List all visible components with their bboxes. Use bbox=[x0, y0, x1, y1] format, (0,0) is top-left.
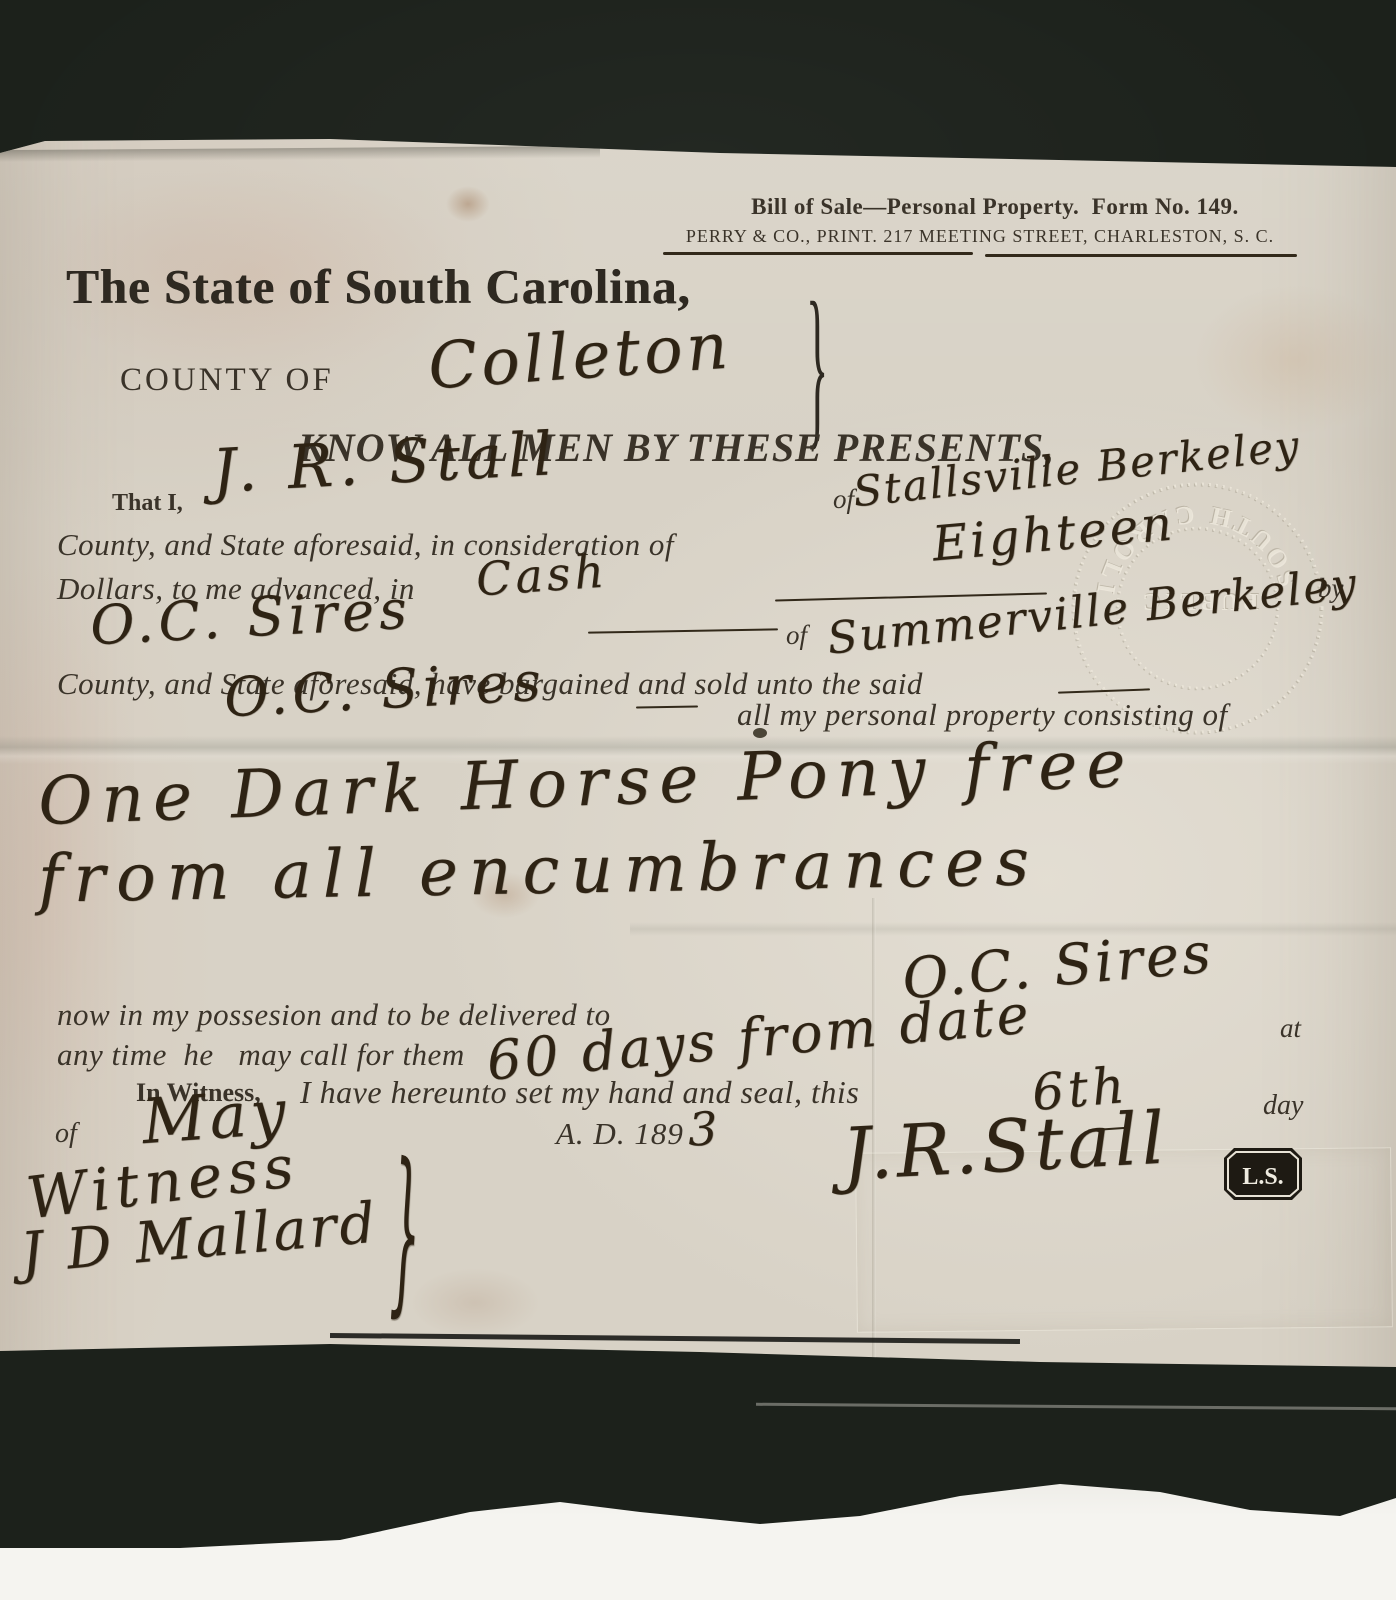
header-rule bbox=[985, 254, 1297, 257]
of-label-3: of bbox=[55, 1118, 77, 1150]
at-label: at bbox=[1280, 1013, 1301, 1044]
fold-shadow-top-edge bbox=[0, 146, 600, 162]
form-header-line2: PERRY & CO., PRINT. 217 MEETING STREET, … bbox=[660, 226, 1300, 247]
property-line: all my personal property consisting of bbox=[737, 697, 1228, 733]
stain bbox=[410, 1268, 540, 1338]
ls-seal-graphic: L.S. bbox=[1222, 1146, 1304, 1202]
day-label: day bbox=[1263, 1090, 1303, 1122]
ink-dash bbox=[636, 705, 698, 708]
header-rule bbox=[663, 252, 973, 255]
signature-handwritten: J.R.Stall bbox=[840, 1096, 1170, 1197]
year-digit-handwritten: 3 bbox=[687, 1102, 718, 1157]
call-line: any time he may call for them bbox=[57, 1037, 465, 1073]
form-header-line1: Bill of Sale—Personal Property. Form No.… bbox=[690, 194, 1300, 220]
of-label-1: of bbox=[833, 484, 854, 515]
scanner-bed-white bbox=[0, 1460, 1396, 1600]
stain bbox=[1195, 285, 1395, 435]
grantee-name-handwritten-2: O.C. Sires bbox=[223, 650, 548, 730]
payment-method-handwritten: Cash bbox=[474, 543, 609, 606]
scan-band-line bbox=[756, 1403, 1396, 1410]
grantor-name-handwritten: J. R. Stall bbox=[210, 419, 559, 507]
witness-brace-handwritten: } bbox=[389, 1122, 421, 1338]
witness-clause-line: I have hereunto set my hand and seal, th… bbox=[300, 1074, 859, 1111]
ls-seal-text: L.S. bbox=[1242, 1164, 1283, 1190]
paper-sheet: SOUTH CAROLINA SOUTH CAROLINA PUBLIC PUB… bbox=[0, 0, 1396, 1600]
property-description-handwritten-2: from all encumbrances bbox=[37, 823, 1040, 917]
fold-crease-horizontal bbox=[630, 922, 1396, 936]
document-title: The State of South Carolina, bbox=[66, 258, 691, 315]
ls-seal-badge: L.S. bbox=[1222, 1146, 1304, 1202]
county-handwritten: Colleton bbox=[426, 309, 734, 404]
county-label: COUNTY OF bbox=[120, 362, 334, 399]
ink-dash bbox=[588, 628, 778, 633]
stain bbox=[446, 186, 490, 222]
scanned-bill-of-sale: SOUTH CAROLINA SOUTH CAROLINA PUBLIC PUB… bbox=[0, 0, 1396, 1600]
ink-blot bbox=[753, 728, 767, 738]
of-label-2: of bbox=[786, 620, 807, 651]
year-prefix: A. D. 189 bbox=[556, 1116, 684, 1152]
that-i-label: That I, bbox=[112, 490, 183, 517]
paper-tear-shadow bbox=[330, 1333, 1020, 1344]
